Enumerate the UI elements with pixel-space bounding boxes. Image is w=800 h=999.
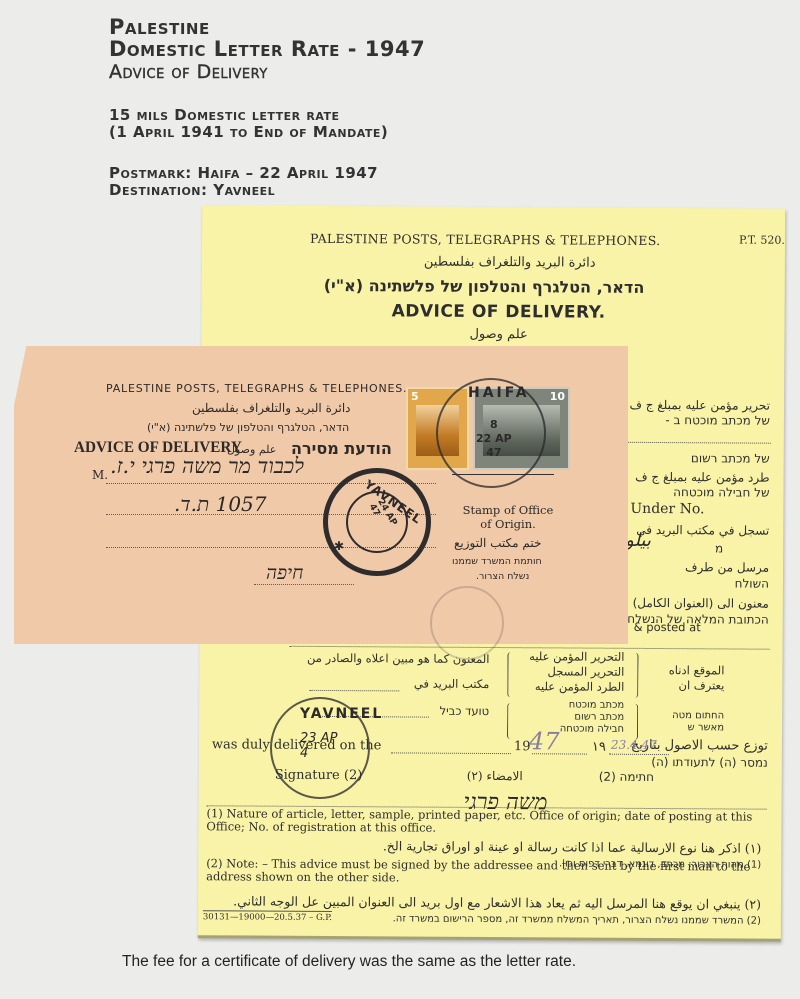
stamp-office-hebrew: חותמת המשרד שממנו bbox=[452, 556, 542, 567]
year-prefix-arabic: ١٩ bbox=[592, 740, 606, 755]
form-title: ADVICE OF DELIVERY. bbox=[392, 301, 606, 322]
dotted-line bbox=[391, 752, 511, 754]
signed-below-hebrew: החתום מטה מאשר ש bbox=[649, 710, 724, 734]
page-caption: The fee for a certificate of delivery wa… bbox=[122, 953, 576, 971]
article-type: التحرير المؤمن عليه bbox=[519, 649, 624, 665]
addressee-prefix: M. bbox=[92, 468, 108, 482]
postmark-yavneel: YAVNEEL 24 AP47 ✱ bbox=[323, 468, 431, 576]
signature-label-hebrew: חתימה (2) bbox=[599, 770, 654, 784]
card-header-arabic: دائرة البريد والتلغراف بفلسطين bbox=[192, 401, 351, 415]
form-right-line: طرد مؤمن عليه بمبلغ ج ف bbox=[635, 470, 770, 485]
article-type: التحرير المسجل bbox=[519, 664, 624, 680]
card-title-hebrew: הודעת מסירה bbox=[291, 439, 392, 458]
signed-below-line: החתום מטה bbox=[649, 710, 724, 722]
faint-postmark bbox=[430, 586, 504, 660]
handwritten-address: 1057 ת.ד. bbox=[174, 492, 267, 517]
postmark-date: 822 AP47 bbox=[476, 418, 512, 460]
signed-below-line: الموقع ادناه bbox=[649, 663, 724, 678]
postmark-town: YAVNEEL bbox=[300, 706, 383, 722]
footnote-2: (2) Note: – This advice must be signed b… bbox=[206, 857, 766, 886]
stamp-office-hebrew: נשלח הצרור. bbox=[476, 571, 529, 582]
postmark-haifa: HAIFA 822 AP47 bbox=[436, 378, 546, 488]
signed-below-line: מאשר ש bbox=[649, 722, 724, 734]
brace bbox=[507, 652, 514, 697]
article-type: מכתב רשום bbox=[519, 711, 624, 724]
article-type: الطرد المؤمن عليه bbox=[519, 679, 624, 695]
postmark-town: HAIFA bbox=[468, 385, 530, 401]
rate-description: 15 mils Domestic letter rate bbox=[109, 106, 340, 124]
postmark-description: Postmark: Haifa – 22 April 1947 bbox=[109, 164, 378, 182]
form-right-line: مرسل من طرف bbox=[685, 560, 769, 575]
footnote-1-arabic: (١) اذكر هنا نوع الارسالية عما اذا كانت … bbox=[383, 838, 762, 855]
destination-description: Destination: Yavneel bbox=[109, 181, 275, 199]
dotted-line bbox=[621, 442, 771, 444]
handwritten-city: חיפה bbox=[266, 562, 303, 585]
signed-below-line: يعترف ان bbox=[649, 678, 724, 693]
brace bbox=[507, 703, 514, 739]
form-header: PALESTINE POSTS, TELEGRAPHS & TELEPHONES… bbox=[310, 231, 660, 248]
postmark-yavneel-arrival: YAVNEEL 23 AP4 bbox=[270, 697, 370, 799]
page-subtitle: Domestic Letter Rate - 1947 bbox=[109, 38, 425, 60]
posted-at-label: & posted at bbox=[634, 620, 701, 634]
printer-mark: 30131—19000—20.5.37 – G.P. bbox=[203, 910, 332, 923]
form-header-arabic: دائرة البريد والتلغراف بفلسطين bbox=[424, 255, 596, 271]
signature-label-arabic: الامضاء (٢) bbox=[467, 769, 523, 783]
footnote-2-hebrew: (2) המשרד שממנו נשלח הצרור, תאריך המשלח … bbox=[393, 913, 761, 926]
signed-below-arabic: الموقع ادناه يعترف ان bbox=[649, 663, 724, 693]
footnote-1: (1) Nature of article, letter, sample, p… bbox=[206, 807, 766, 836]
page-title: Palestine bbox=[109, 16, 210, 38]
stamp-office-label: Stamp of Office of Origin. bbox=[460, 503, 556, 531]
form-right-line: השולח bbox=[735, 576, 769, 590]
handwritten-date: 23.4.47 bbox=[611, 738, 657, 752]
form-right-line: تسجل في مكتب البريد في bbox=[636, 523, 769, 538]
star-icon: ✱ bbox=[334, 539, 344, 553]
dotted-line bbox=[309, 690, 399, 692]
form-right-line: تحرير مؤمن عليه بمبلغ ج ف bbox=[629, 398, 770, 413]
form-title-arabic: علم وصول bbox=[469, 327, 527, 342]
form-right-line: של מכתב רשום bbox=[691, 451, 770, 465]
dotted-line bbox=[254, 584, 354, 585]
form-right-line: معنون الى (العنوان الكامل) bbox=[633, 596, 769, 611]
card-header-hebrew: הדאר, הטלגרף והטלפון של פלשתינה (א"י) bbox=[147, 421, 349, 434]
postmark-date: 23 AP4 bbox=[300, 731, 337, 761]
card-header: PALESTINE POSTS, TELEGRAPHS & TELEPHONES… bbox=[106, 382, 407, 395]
stamp-office-arabic: ختم مكتب التوزيع bbox=[454, 536, 541, 550]
brace bbox=[631, 704, 638, 740]
under-no-label: Under No. bbox=[630, 501, 704, 517]
rate-period: (1 April 1941 to End of Mandate) bbox=[109, 123, 388, 141]
card-bottom-edge bbox=[198, 935, 781, 942]
footnote-2-arabic: (٢) ينبغي ان يوقع هنا المرسل اليه ثم يعا… bbox=[233, 893, 761, 911]
form-right-line: מ bbox=[715, 541, 723, 555]
form-right-line: של חבילה מוכטחה bbox=[673, 485, 769, 500]
article-type: מכתב מוכטח bbox=[519, 699, 624, 712]
stamp-denomination: 5 bbox=[411, 390, 419, 403]
stamp-denomination: 10 bbox=[550, 390, 565, 403]
handwritten-office: ﺑﻴﻠﻮ bbox=[625, 530, 651, 551]
page-section-title: Advice of Delivery bbox=[109, 61, 268, 83]
form-header-hebrew: הדאר, הטלגרף והטלפון של פלשתינה (א"י) bbox=[324, 276, 645, 297]
delivered-hebrew: נמסר (ה) לתעודתו (ה) bbox=[651, 755, 768, 770]
form-right-line: של מכתב מוכטח ב - bbox=[665, 413, 770, 428]
handwritten-year: 47 bbox=[529, 727, 560, 755]
article-types-arabic: التحرير المؤمن عليه التحرير المسجل الطرد… bbox=[519, 649, 624, 695]
form-number: P.T. 520. bbox=[739, 234, 785, 247]
handwritten-addressee: לכבוד מר משה פרגי י.ז. bbox=[110, 454, 304, 479]
brace bbox=[631, 653, 638, 698]
